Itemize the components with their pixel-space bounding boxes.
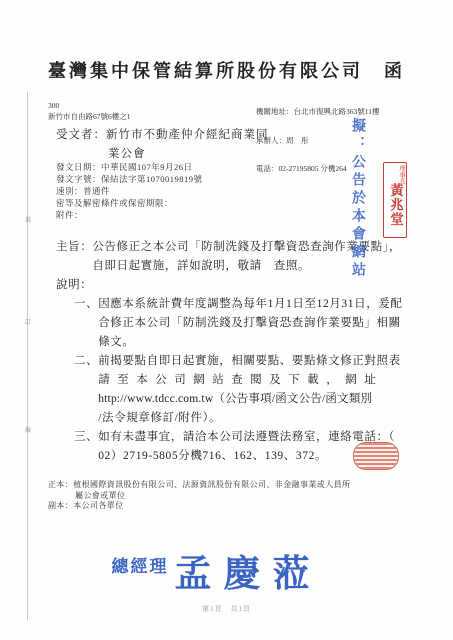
item-2-number: 二、 bbox=[74, 352, 98, 428]
list-item-2: 二、 前揭要點自即日起實施，相關要點、要點條文修正對照表 請至本公司網站查閱及下… bbox=[74, 352, 406, 428]
recipient-name-block: 受文者：新竹市不動產仲介經紀商業同 業公會 bbox=[56, 126, 269, 164]
item-1-line3: 條文。 bbox=[98, 333, 402, 352]
recipient-street-address: 新竹市自由路67號6樓之1 bbox=[48, 111, 131, 122]
security-class: 密等及解密條件或保密期限： bbox=[56, 198, 203, 210]
signer-name: 孟慶蒞 bbox=[175, 552, 322, 595]
binding-line bbox=[27, 92, 28, 620]
signer-title: 總經理 bbox=[112, 557, 169, 577]
item-1-number: 一、 bbox=[74, 295, 98, 352]
signature-block: 總經理孟慶蒞 bbox=[0, 543, 433, 597]
item-3-text: 如有未盡事宜，請洽本公司法遵暨法務室，連絡電話：（ 02）2719-5805分機… bbox=[98, 428, 395, 466]
subject-label: 主旨： bbox=[56, 238, 92, 276]
chairman-seal-stamp: 理事長 黃兆堂 bbox=[383, 162, 407, 238]
document-title: 臺灣集中保管結算所股份有限公司 函 bbox=[0, 57, 453, 83]
recipient-name-line1: 受文者：新竹市不動產仲介經紀商業同 bbox=[56, 126, 269, 145]
item-3-line2: 02）2719-5805分機716、162、139、372。 bbox=[98, 447, 395, 466]
item-1-line2: 合修正本公司「防制洗錢及打擊資恐查詢作業要點」相關 bbox=[98, 314, 402, 333]
item-3-number: 三、 bbox=[74, 428, 98, 466]
item-2-text: 前揭要點自即日起實施，相關要點、要點條文修正對照表 請至本公司網站查閱及下載，網… bbox=[98, 352, 401, 428]
item-3-line1: 如有未盡事宜，請洽本公司法遵暨法務室，連絡電話：（ bbox=[98, 428, 395, 447]
page-number-footer: 第1頁 共1頁 bbox=[0, 604, 453, 614]
attachment-label: 附件： bbox=[56, 210, 203, 222]
sender-address: 機關地址：台北市復興北路363號11樓 bbox=[256, 107, 379, 117]
recipient-address-block: 300 新竹市自由路67號6樓之1 bbox=[48, 100, 131, 122]
item-2-line4: /法令規章修訂/附件）。 bbox=[98, 409, 401, 428]
item-2-line2: 請至本公司網站查閱及下載，網址 bbox=[98, 371, 401, 390]
issue-date: 發文日期：中華民國107年9月26日 bbox=[56, 162, 203, 174]
doc-number: 發文字號：保結法字第1070019819號 bbox=[56, 174, 203, 186]
binding-mark-xian: 線 bbox=[22, 425, 34, 434]
document-meta-block: 發文日期：中華民國107年9月26日 發文字號：保結法字第1070019819號… bbox=[56, 162, 203, 222]
handwritten-approval-note: 擬：公告於本會網站 bbox=[347, 118, 369, 308]
authorization-oval-stamp bbox=[353, 442, 399, 470]
copies-block: 正本：植根國際資訊股份有限公司、法源資訊股份有限公司、非金融事業或人員所 屬公會… bbox=[48, 480, 350, 512]
binding-mark-ding: 訂 bbox=[22, 317, 34, 326]
chairman-seal-name: 黃兆堂 bbox=[385, 183, 405, 227]
original-copy-recipients: 正本：植根國際資訊股份有限公司、法源資訊股份有限公司、非金融事業或人員所 bbox=[48, 480, 350, 491]
duplicate-copy-recipients: 副本：本公司各單位 bbox=[48, 501, 350, 512]
item-2-line1: 前揭要點自即日起實施，相關要點、要點條文修正對照表 bbox=[98, 352, 401, 371]
item-2-line3-url: http://www.tdcc.com.tw（公告事項/函文公告/函文類別 bbox=[98, 390, 401, 409]
binding-mark-zhuang: 裝 bbox=[22, 215, 34, 224]
recipient-postal-code: 300 bbox=[48, 100, 131, 111]
speed-class: 速別：普通件 bbox=[56, 186, 203, 198]
official-letter-page: 裝 訂 線 臺灣集中保管結算所股份有限公司 函 機關地址：台北市復興北路363號… bbox=[0, 0, 453, 640]
original-copy-recipients-wrap: 屬公會或單位 bbox=[48, 491, 350, 502]
